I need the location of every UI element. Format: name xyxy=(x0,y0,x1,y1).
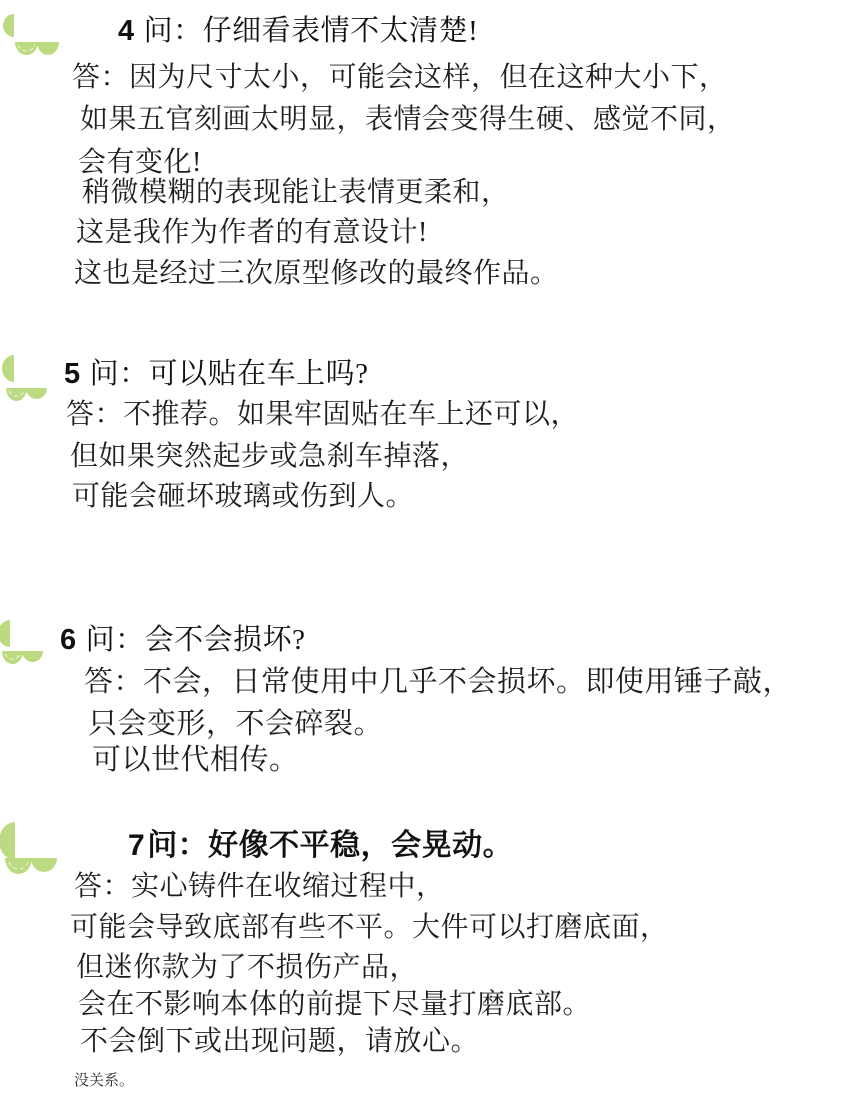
question-number: 4 xyxy=(118,15,135,47)
question-line: 7问：好像不平稳，会晃动。 xyxy=(128,820,513,864)
answer-line: 答：不会，日常使用中几乎不会损坏。即使用锤子敲， xyxy=(84,659,792,700)
answer-line: 这也是经过三次原型修改的最终作品。 xyxy=(74,251,559,291)
question-number: 6 xyxy=(60,624,77,656)
answer-line: 稍微模糊的表现能让表情更柔和， xyxy=(82,170,510,210)
answer-line: 如果五官刻画太明显，表情会变得生硬、感觉不同， xyxy=(80,97,736,137)
leaf-quote-icon xyxy=(0,822,58,876)
answer-line: 可以世代相传。 xyxy=(92,737,299,778)
answer-line: 只会变形，不会碎裂。 xyxy=(88,701,383,742)
answer-line: 这是我作为作者的有意设计! xyxy=(76,210,428,250)
answer-line: 不会倒下或出现问题，请放心。 xyxy=(80,1019,479,1059)
question-line: 4问：仔细看表情不太清楚! xyxy=(118,8,478,49)
leaf-quote-icon xyxy=(3,14,59,58)
answer-line: 可能会导致底部有些不平。大件可以打磨底面， xyxy=(70,905,669,945)
footnote-text: 没关系。 xyxy=(74,1069,134,1090)
answer-line: 答：因为尺寸太小，可能会这样，但在这种大小下， xyxy=(72,55,728,95)
answer-line: 但迷你款为了不损伤产品， xyxy=(76,945,418,985)
answer-line: 可能会砸坏玻璃或伤到人。 xyxy=(72,474,414,514)
question-number: 5 xyxy=(64,358,81,390)
answer-line: 答：不推荐。如果牢固贴在车上还可以， xyxy=(66,392,579,432)
leaf-quote-icon xyxy=(0,620,44,668)
question-text: 问：可以贴在车上吗? xyxy=(90,358,369,390)
question-text: 问：仔细看表情不太清楚! xyxy=(144,15,479,47)
question-number: 7 xyxy=(128,829,145,862)
answer-line: 但如果突然起步或急刹车掉落， xyxy=(70,434,469,474)
faq-page: 4问：仔细看表情不太清楚! 答：因为尺寸太小，可能会这样，但在这种大小下， 如果… xyxy=(0,0,860,1100)
leaf-quote-icon xyxy=(2,355,48,405)
question-text: 问：好像不平稳，会晃动。 xyxy=(147,829,513,862)
question-line: 6问：会不会损坏? xyxy=(60,617,306,658)
question-line: 5问：可以贴在车上吗? xyxy=(64,351,369,392)
question-text: 问：会不会损坏? xyxy=(86,624,306,656)
answer-line: 会在不影响本体的前提下尽量打磨底部。 xyxy=(78,982,591,1022)
answer-line: 答：实心铸件在收缩过程中， xyxy=(74,864,445,904)
